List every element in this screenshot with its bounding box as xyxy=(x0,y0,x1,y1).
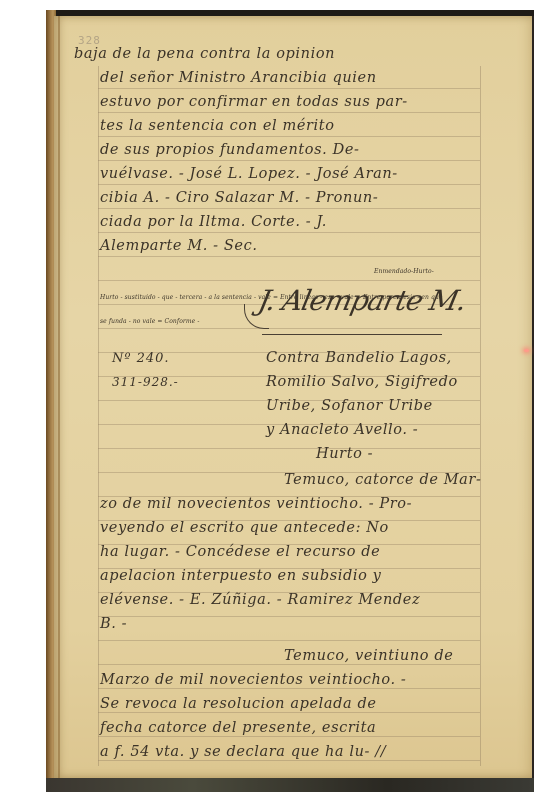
entry1-line: del señor Ministro Arancibia quien xyxy=(100,70,377,86)
ruling2-line: Se revoca la resolucion apelada de xyxy=(100,696,377,712)
ruling2-line: fecha catorce del presente, escrita xyxy=(100,720,376,736)
page-edge-line xyxy=(58,16,60,778)
ruled-line xyxy=(98,256,480,257)
entry1-line: Alemparte M. - Sec. xyxy=(100,238,258,254)
crime-label: Hurto - xyxy=(316,446,373,462)
ruled-line xyxy=(98,640,480,641)
ruled-line xyxy=(98,616,480,617)
ruling1-line: B. - xyxy=(100,616,127,632)
signature: J. Alemparte M. xyxy=(255,284,468,317)
ruled-line xyxy=(98,760,480,761)
entry1-line: baja de la pena contra la opinion xyxy=(74,46,335,62)
ruling1-line: veyendo el escrito que antecede: No xyxy=(100,520,389,536)
ruled-line xyxy=(98,232,480,233)
amendment-note-line: se funda - no vale = Conforme - xyxy=(100,318,199,325)
case-reference: 311-928.- xyxy=(112,375,179,389)
ruling1-line: ha lugar. - Concédese el recurso de xyxy=(100,544,380,560)
ruling1-line: Temuco, catorce de Mar- xyxy=(284,472,481,488)
ruled-line xyxy=(98,736,480,737)
ruled-line xyxy=(98,184,480,185)
ruled-line xyxy=(98,208,480,209)
ruled-line xyxy=(98,112,480,113)
ruling1-line: elévense. - E. Zúñiga. - Ramirez Mendez xyxy=(100,592,420,608)
entry1-line: ciada por la Iltma. Corte. - J. xyxy=(100,214,327,230)
ledger-book: 328 baja de la pena contra l xyxy=(46,10,534,792)
ruling2-line: a f. 54 vta. y se declara que ha lu- // xyxy=(100,744,386,760)
signature-underline xyxy=(262,334,442,335)
party-line: Contra Bandelio Lagos, xyxy=(266,350,452,366)
ruling2-line: Marzo de mil novecientos veintiocho. - xyxy=(100,672,406,688)
ruled-line xyxy=(98,712,480,713)
party-line: Uribe, Sofanor Uribe xyxy=(266,398,433,414)
ruled-line xyxy=(98,88,480,89)
entry1-line: tes la sentencia con el mérito xyxy=(100,118,335,134)
light-reflection xyxy=(524,349,529,352)
entry1-line: estuvo por confirmar en todas sus par- xyxy=(100,94,408,110)
ledger-page: 328 baja de la pena contra l xyxy=(54,16,532,778)
entry1-line: vuélvase. - José L. Lopez. - José Aran- xyxy=(100,166,398,182)
ruling1-line: apelacion interpuesto en subsidio y xyxy=(100,568,381,584)
entry1-line: de sus propios fundamentos. De- xyxy=(100,142,360,158)
party-line: Romilio Salvo, Sigifredo xyxy=(266,374,458,390)
ruled-line xyxy=(98,160,480,161)
ruled-line xyxy=(98,664,480,665)
ruled-line xyxy=(98,328,480,329)
right-margin-rule xyxy=(480,66,481,766)
case-number: Nº 240. xyxy=(112,351,170,366)
left-margin-rule xyxy=(98,66,99,766)
entry1-line: cibia A. - Ciro Salazar M. - Pronun- xyxy=(100,190,378,206)
ruling1-line: zo de mil novecientos veintiocho. - Pro- xyxy=(100,496,412,512)
amendment-note-inline: Enmendado-Hurto- xyxy=(374,268,434,275)
book-bottom-edge xyxy=(46,778,534,792)
ruled-line xyxy=(98,136,480,137)
ruled-line xyxy=(98,688,480,689)
ruling2-line: Temuco, veintiuno de xyxy=(284,648,453,664)
ruled-line xyxy=(98,448,480,449)
party-line: y Anacleto Avello. - xyxy=(266,422,418,438)
ruled-line xyxy=(98,280,480,281)
